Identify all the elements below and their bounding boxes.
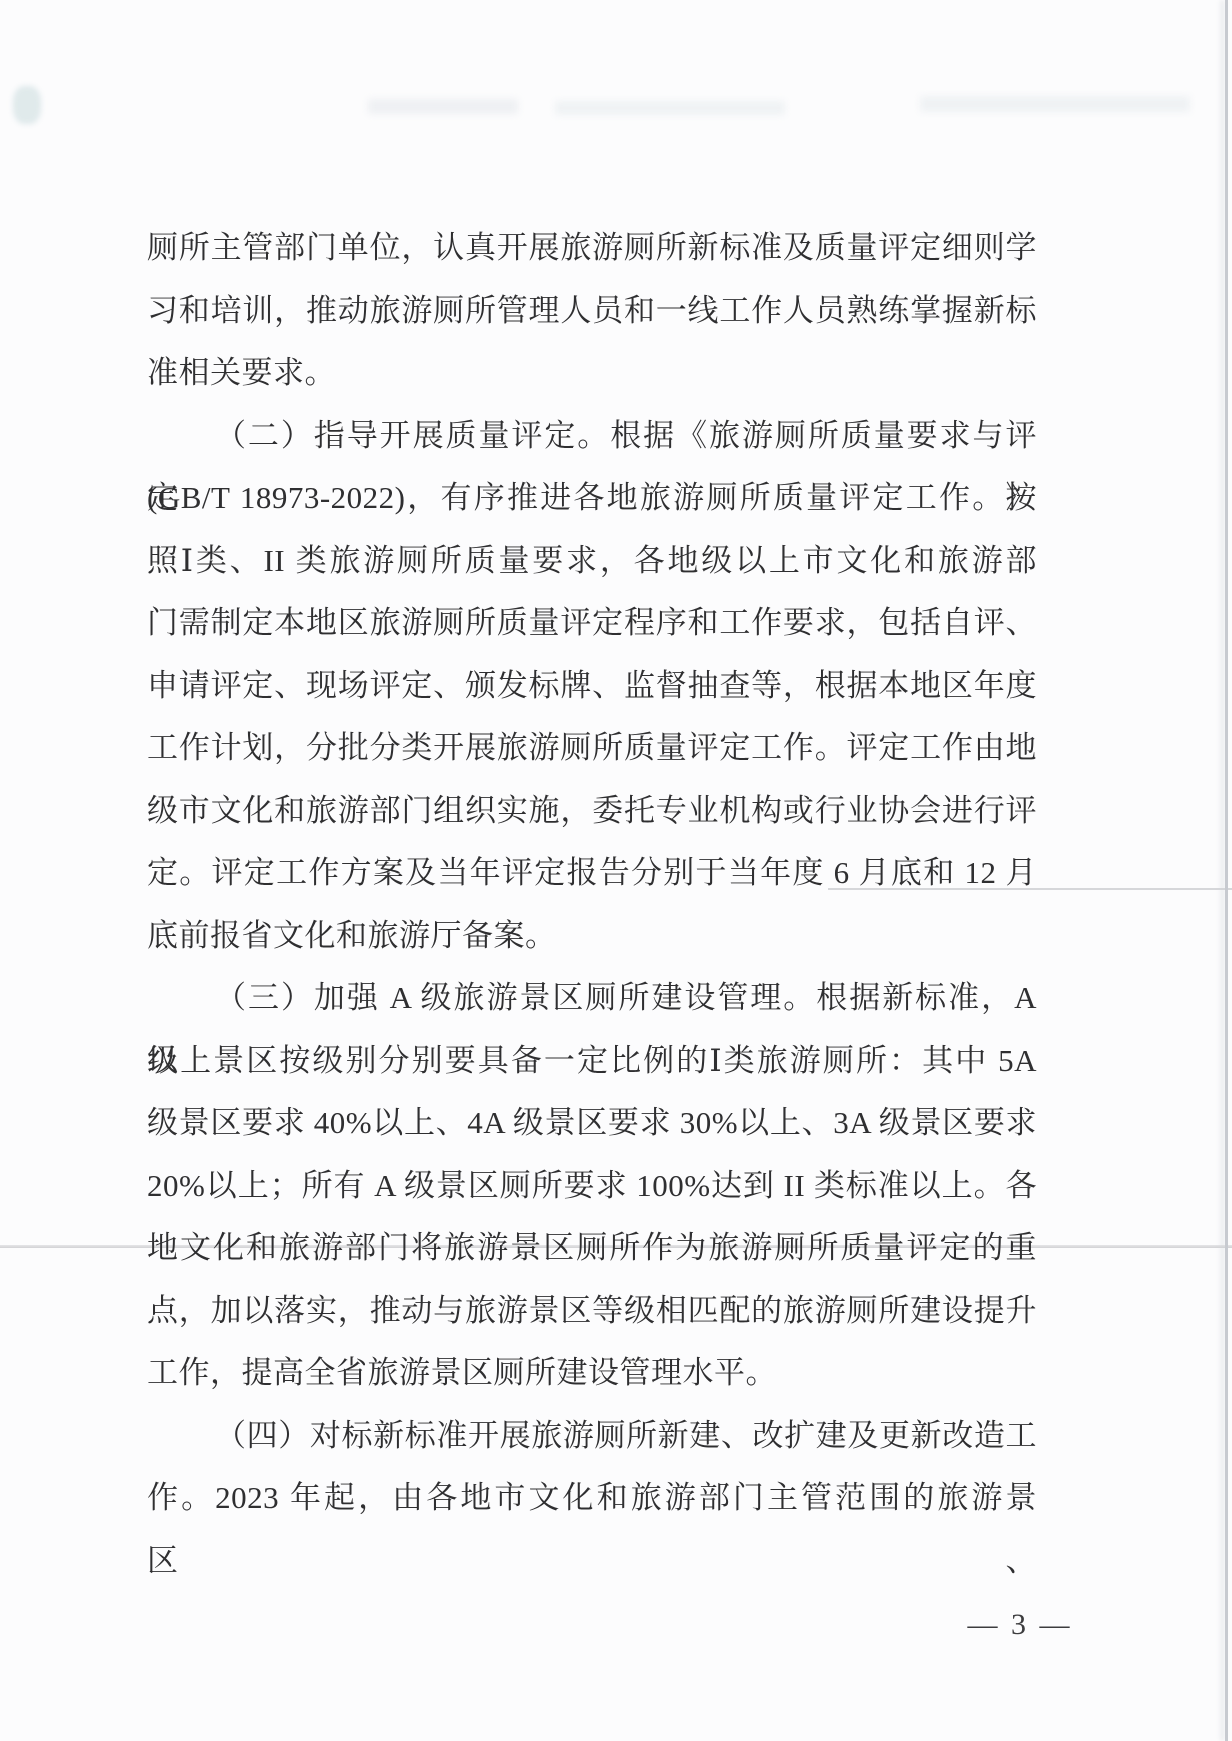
scan-smudge bbox=[920, 96, 1190, 112]
doc-line: 点，加以落实，推动与旅游景区等级相匹配的旅游厕所建设提升 bbox=[147, 1280, 1037, 1343]
scan-smudge bbox=[368, 99, 518, 114]
doc-line: (GB/T 18973-2022)，有序推进各地旅游厕所质量评定工作。按 bbox=[147, 467, 1037, 530]
doc-line: 底前报省文化和旅游厅备案。 bbox=[147, 905, 1037, 968]
doc-line: 级景区要求 40%以上、4A 级景区要求 30%以上、3A 级景区要求 bbox=[147, 1092, 1037, 1155]
doc-line: 以上景区按级别分别要具备一定比例的Ⅰ类旅游厕所：其中 5A bbox=[147, 1030, 1037, 1093]
doc-line: 习和培训，推动旅游厕所管理人员和一线工作人员熟练掌握新标 bbox=[147, 280, 1037, 343]
doc-line: 作。2023 年起，由各地市文化和旅游部门主管范围的旅游景区、 bbox=[147, 1467, 1037, 1530]
doc-line: 照Ⅰ类、II 类旅游厕所质量要求，各地级以上市文化和旅游部 bbox=[147, 530, 1037, 593]
doc-line: 申请评定、现场评定、颁发标牌、监督抽查等，根据本地区年度 bbox=[147, 655, 1037, 718]
doc-line: 工作计划，分批分类开展旅游厕所质量评定工作。评定工作由地 bbox=[147, 717, 1037, 780]
doc-line: 厕所主管部门单位，认真开展旅游厕所新标准及质量评定细则学 bbox=[147, 217, 1037, 280]
doc-line: （四）对标新标准开展旅游厕所新建、改扩建及更新改造工 bbox=[147, 1405, 1037, 1468]
doc-line: （二）指导开展质量评定。根据《旅游厕所质量要求与评定》 bbox=[147, 405, 1037, 468]
scanned-page: 厕所主管部门单位，认真开展旅游厕所新标准及质量评定细则学 习和培训，推动旅游厕所… bbox=[0, 0, 1232, 1741]
doc-line: 工作，提高全省旅游景区厕所建设管理水平。 bbox=[147, 1342, 1037, 1405]
doc-line: 定。评定工作方案及当年评定报告分别于当年度 6 月底和 12 月 bbox=[147, 842, 1037, 905]
scan-smudge bbox=[13, 86, 41, 124]
doc-line: 20%以上；所有 A 级景区厕所要求 100%达到 II 类标准以上。各 bbox=[147, 1155, 1037, 1218]
doc-line: （三）加强 A 级旅游景区厕所建设管理。根据新标准，A 级 bbox=[147, 967, 1037, 1030]
document-body: 厕所主管部门单位，认真开展旅游厕所新标准及质量评定细则学 习和培训，推动旅游厕所… bbox=[147, 217, 1037, 1530]
doc-line: 级市文化和旅游部门组织实施，委托专业机构或行业协会进行评 bbox=[147, 780, 1037, 843]
doc-line: 准相关要求。 bbox=[147, 342, 1037, 405]
page-number: — 3 — bbox=[952, 1608, 1088, 1642]
scan-edge-line bbox=[1225, 0, 1228, 1741]
doc-line: 门需制定本地区旅游厕所质量评定程序和工作要求，包括自评、 bbox=[147, 592, 1037, 655]
scan-smudge bbox=[555, 101, 785, 115]
doc-line: 地文化和旅游部门将旅游景区厕所作为旅游厕所质量评定的重 bbox=[147, 1217, 1037, 1280]
